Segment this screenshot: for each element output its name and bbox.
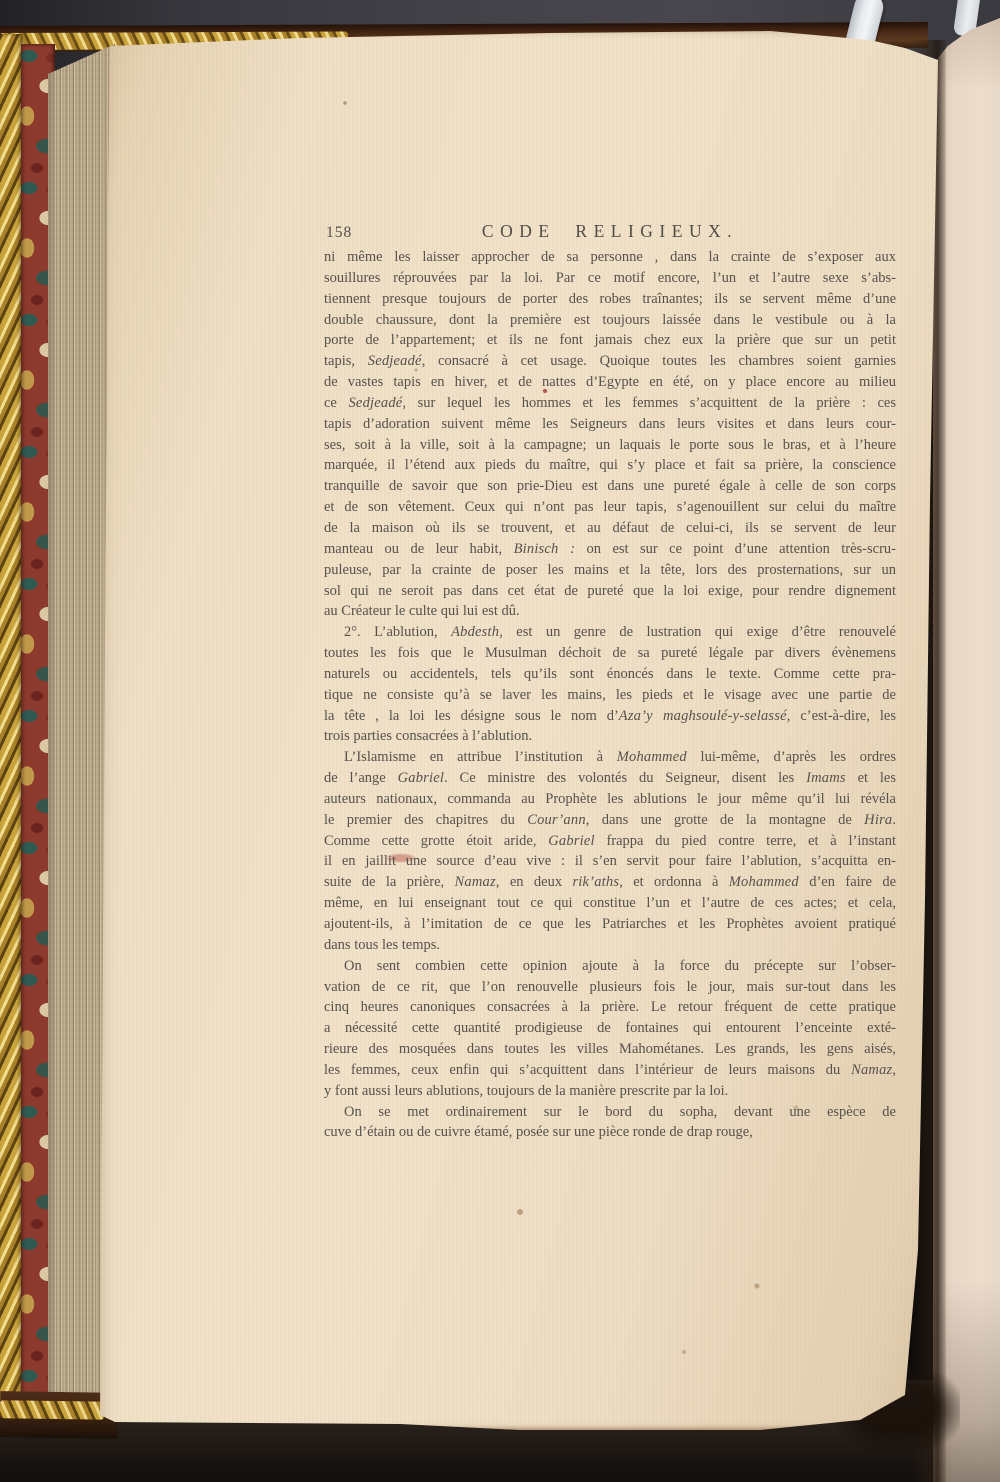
text-line: cinq heures canoniques consacrées à la p…: [324, 997, 896, 1018]
text-segment: , est un genre de lustration qui exige d…: [499, 624, 896, 640]
text-segment: frappa du pied contre terre, et à l’inst…: [595, 833, 896, 849]
text-segment: et de son vêtement. Ceux qui n’ont pas l…: [324, 499, 896, 515]
text-segment: il en jaillit une source d’eau vive : il…: [324, 853, 896, 869]
text-segment: a nécessité cette quantité prodigieuse d…: [324, 1020, 896, 1036]
text-line: rieure des mosquées dans toutes les vill…: [324, 1039, 896, 1060]
text-segment: dans tous les temps.: [324, 937, 440, 953]
text-segment: ni même les laisser approcher de sa pers…: [324, 249, 896, 265]
text-line: il en jaillit une source d’eau vive : il…: [324, 851, 896, 872]
text-line: ni même les laisser approcher de sa pers…: [324, 247, 896, 268]
text-segment: tiennent presque toujours de porter des …: [324, 291, 896, 307]
text-segment: .: [892, 812, 896, 828]
gilt-rope-bottom: [0, 1400, 104, 1419]
text-segment: on est sur ce point d’une attention très…: [575, 541, 896, 557]
text-line: même, en lui enseignant tout ce qui cons…: [324, 893, 896, 914]
text-segment: trois parties consacrées à l’ablution.: [324, 728, 532, 744]
text-line: ce Sedjeadé, sur lequel les hommes et le…: [324, 393, 896, 414]
text-line: cuve d’étain ou de cuivre étamé, posée s…: [324, 1122, 896, 1143]
italic-term: Gabriel: [398, 770, 445, 786]
text-line: trois parties consacrées à l’ablution.: [324, 726, 896, 747]
text-segment: , consacré à cet usage. Quoique toutes l…: [422, 353, 896, 369]
italic-term: Binisch :: [514, 541, 576, 557]
text-segment: de vastes tapis en hiver, et de nattes d…: [324, 374, 896, 390]
text-segment: ce: [324, 395, 348, 411]
italic-term: Sedjeadé: [368, 353, 422, 369]
text-segment: lui-même, d’après les ordres: [687, 749, 896, 765]
text-segment: souillures réprouvées par la loi. Par ce…: [324, 270, 896, 286]
text-segment: de l’ange: [324, 770, 398, 786]
text-line: a nécessité cette quantité prodigieuse d…: [324, 1018, 896, 1039]
text-line: porte de l’appartement; et ils ne font j…: [324, 330, 896, 351]
text-segment: ajoutent-ils, à l’imitation de ce que le…: [324, 916, 896, 932]
text-line: la tête , la loi les désigne sous le nom…: [324, 706, 896, 727]
text-segment: , c’est-à-dire, les: [787, 708, 896, 724]
text-line: les femmes, ceux enfin qui s’acquittent …: [324, 1060, 896, 1081]
text-line: ses, soit à la ville, soit à la campagne…: [324, 435, 896, 456]
text-segment: même, en lui enseignant tout ce qui cons…: [324, 895, 896, 911]
text-line: dans tous les temps.: [324, 935, 896, 956]
text-segment: tapis,: [324, 353, 368, 369]
italic-term: Aza’y maghsoulé-y-selassé: [619, 708, 787, 724]
text-segment: , dans une grotte de la montagne de: [586, 812, 864, 828]
text-line: naturels ou accidentels, tels qu’ils son…: [324, 664, 896, 685]
text-segment: marquée, il l’étend aux pieds du maître,…: [324, 457, 896, 473]
page-title: CODE RELIGIEUX.: [324, 221, 896, 242]
text-line: manteau ou de leur habit, Binisch : on e…: [324, 539, 896, 560]
text-segment: auteurs nationaux, commanda au Prophète …: [324, 791, 896, 807]
text-line: tiennent presque toujours de porter des …: [324, 289, 896, 310]
text-line: double chaussure, dont la première est t…: [324, 310, 896, 331]
text-line: On sent combien cette opinion ajoute à l…: [324, 956, 896, 977]
text-line: de la maison où ils se trouvent, et au d…: [324, 518, 896, 539]
text-segment: de la maison où ils se trouvent, et au d…: [324, 520, 896, 536]
text-segment: la tête , la loi les désigne sous le nom…: [324, 708, 619, 724]
text-segment: cinq heures canoniques consacrées à la p…: [324, 999, 896, 1015]
text-line: L’Islamisme en attribue l’institution à …: [324, 747, 896, 768]
text-segment: tapis d’adoration suivent même les Seign…: [324, 416, 896, 432]
italic-term: Hira: [864, 812, 892, 828]
text-line: suite de la prière, Namaz, en deux rik’a…: [324, 872, 896, 893]
text-line: ajoutent-ils, à l’imitation de ce que le…: [324, 914, 896, 935]
text-line: vation de ce rit, que l’on renouvelle pl…: [324, 977, 896, 998]
text-segment: , et ordonna à: [619, 874, 729, 890]
book-page: 158 CODE RELIGIEUX. ni même les laisser …: [96, 28, 940, 1430]
text-line: le premier des chapitres du Cour’ann, da…: [324, 810, 896, 831]
gilt-rope-left: [0, 34, 23, 1430]
italic-term: Namaz: [455, 874, 496, 890]
italic-term: Namaz: [851, 1062, 892, 1078]
text-segment: ,: [892, 1062, 896, 1078]
text-segment: naturels ou accidentels, tels qu’ils son…: [324, 666, 896, 682]
text-line: toutes les fois que le Musulman déchoit …: [324, 643, 896, 664]
text-segment: . Ce ministre des volontés du Seigneur, …: [444, 770, 806, 786]
text-segment: tique ne consiste qu’à se laver les main…: [324, 687, 896, 703]
text-line: tranquille de savoir que son prie-Dieu e…: [324, 476, 896, 497]
text-segment: manteau ou de leur habit,: [324, 541, 514, 557]
italic-term: Imams: [806, 770, 846, 786]
text-line: et de son vêtement. Ceux qui n’ont pas l…: [324, 497, 896, 518]
text-segment: le premier des chapitres du: [324, 812, 527, 828]
text-line: marquée, il l’étend aux pieds du maître,…: [324, 455, 896, 476]
page-number: 158: [326, 224, 352, 242]
text-segment: sol qui ne seroit pas dans cet état de p…: [324, 583, 896, 599]
text-segment: On sent combien cette opinion ajoute à l…: [344, 958, 896, 974]
text-segment: y font aussi leurs ablutions, toujours d…: [324, 1083, 728, 1099]
text-segment: double chaussure, dont la première est t…: [324, 312, 896, 328]
text-segment: d’en faire de: [799, 874, 896, 890]
text-line: sol qui ne seroit pas dans cet état de p…: [324, 581, 896, 602]
text-line: souillures réprouvées par la loi. Par ce…: [324, 268, 896, 289]
text-segment: cuve d’étain ou de cuivre étamé, posée s…: [324, 1124, 753, 1140]
text-line: de l’ange Gabriel. Ce ministre des volon…: [324, 768, 896, 789]
italic-term: Gabriel: [548, 833, 595, 849]
text-line: tapis, Sedjeadé, consacré à cet usage. Q…: [324, 351, 896, 372]
text-segment: au Créateur le culte qui lui est dû.: [324, 603, 520, 619]
text-line: de vastes tapis en hiver, et de nattes d…: [324, 372, 896, 393]
text-line: au Créateur le culte qui lui est dû.: [324, 601, 896, 622]
italic-term: Mohammed: [617, 749, 687, 765]
italic-term: Sedjeadé: [348, 395, 402, 411]
text-segment: rieure des mosquées dans toutes les vill…: [324, 1041, 896, 1057]
text-segment: porte de l’appartement; et ils ne font j…: [324, 332, 896, 348]
page-header: 158 CODE RELIGIEUX.: [324, 221, 896, 247]
text-line: 2°. L’ablution, Abdesth, est un genre de…: [324, 622, 896, 643]
text-segment: , en deux: [496, 874, 573, 890]
text-line: auteurs nationaux, commanda au Prophète …: [324, 789, 896, 810]
text-line: tique ne consiste qu’à se laver les main…: [324, 685, 896, 706]
text-segment: les femmes, ceux enfin qui s’acquittent …: [324, 1062, 851, 1078]
italic-term: Abdesth: [451, 624, 499, 640]
text-segment: puleuse, par la crainte de poser les mai…: [324, 562, 896, 578]
text-segment: toutes les fois que le Musulman déchoit …: [324, 645, 896, 661]
text-segment: L’Islamisme en attribue l’institution à: [344, 749, 617, 765]
text-segment: Comme cette grotte étoit aride,: [324, 833, 548, 849]
text-segment: vation de ce rit, que l’on renouvelle pl…: [324, 979, 896, 995]
italic-term: Mohammed: [729, 874, 799, 890]
text-segment: suite de la prière,: [324, 874, 455, 890]
italic-term: Cour’ann: [527, 812, 586, 828]
italic-term: rik’aths: [572, 874, 619, 890]
text-line: puleuse, par la crainte de poser les mai…: [324, 560, 896, 581]
text-line: y font aussi leurs ablutions, toujours d…: [324, 1081, 896, 1102]
text-line: Comme cette grotte étoit aride, Gabriel …: [324, 831, 896, 852]
text-segment: tranquille de savoir que son prie-Dieu e…: [324, 478, 896, 494]
text-segment: On se met ordinairement sur le bord du s…: [344, 1104, 896, 1120]
page-body: ni même les laisser approcher de sa pers…: [324, 247, 896, 1143]
text-segment: 2°. L’ablution,: [344, 624, 451, 640]
book-photo-scene: 158 CODE RELIGIEUX. ni même les laisser …: [0, 0, 1000, 1482]
text-segment: et les: [846, 770, 896, 786]
text-segment: ses, soit à la ville, soit à la campagne…: [324, 437, 896, 453]
text-line: tapis d’adoration suivent même les Seign…: [324, 414, 896, 435]
text-line: On se met ordinairement sur le bord du s…: [324, 1102, 896, 1123]
text-segment: , sur lequel les hommes et les femmes s’…: [402, 395, 896, 411]
